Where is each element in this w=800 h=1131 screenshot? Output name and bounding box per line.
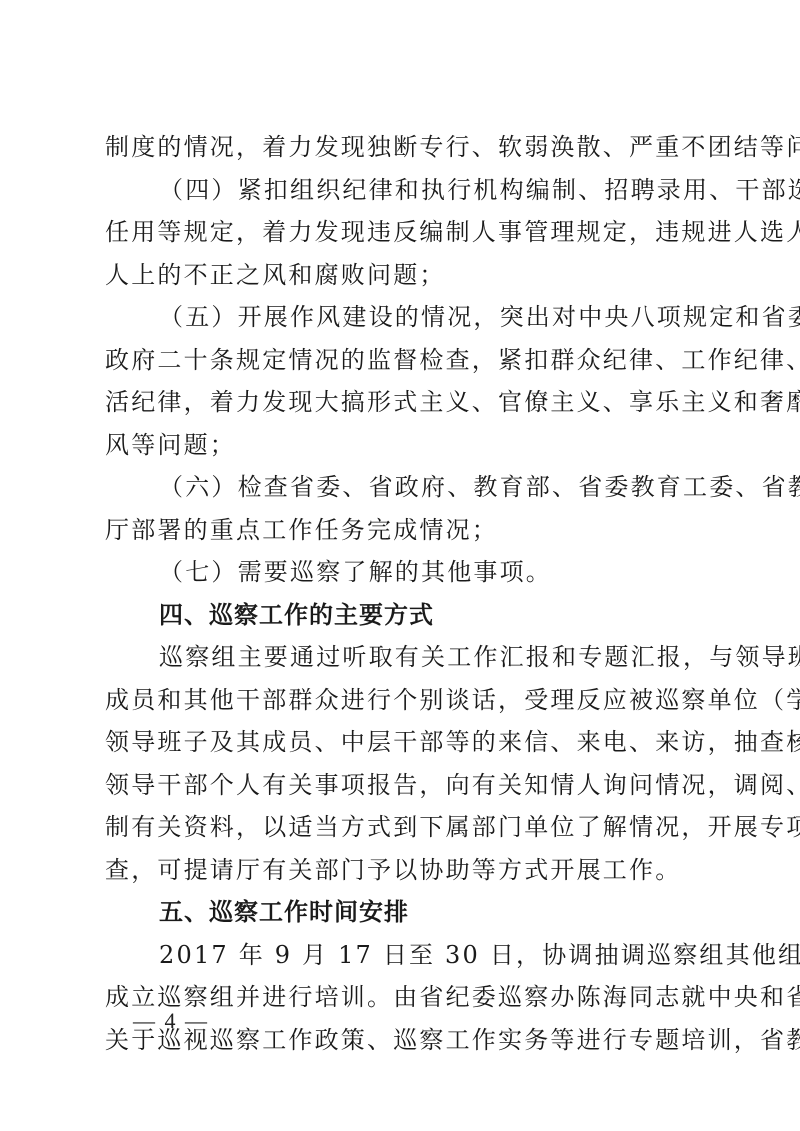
paragraph-line: （四）紧扣组织纪律和执行机构编制、招聘录用、干部选拔 [105,169,707,212]
section-heading: 五、巡察工作时间安排 [105,891,707,934]
paragraph-line: 活纪律，着力发现大搞形式主义、官僚主义、享乐主义和奢靡之 [105,381,707,424]
paragraph-line: 制有关资料，以适当方式到下属部门单位了解情况，开展专项检 [105,806,707,849]
document-page: 制度的情况，着力发现独断专行、软弱涣散、严重不团结等问题； （四）紧扣组织纪律和… [105,126,707,1061]
paragraph-line: 风等问题； [105,424,707,467]
paragraph-line: 政府二十条规定情况的监督检查，紧扣群众纪律、工作纪律、生 [105,339,707,382]
paragraph-line: 厅部署的重点工作任务完成情况； [105,509,707,552]
paragraph-line: 巡察组主要通过听取有关工作汇报和专题汇报，与领导班子 [105,636,707,679]
paragraph-line: 成员和其他干部群众进行个别谈话，受理反应被巡察单位（学校） [105,679,707,722]
paragraph-line: （六）检查省委、省政府、教育部、省委教育工委、省教育 [105,466,707,509]
paragraph-line: （五）开展作风建设的情况，突出对中央八项规定和省委省 [105,296,707,339]
paragraph-line: 2017 年 9 月 17 日至 30 日，协调抽调巡察组其他组成人员， [105,934,707,977]
paragraph-line: 领导班子及其成员、中层干部等的来信、来电、来访，抽查核实 [105,721,707,764]
section-heading: 四、巡察工作的主要方式 [105,594,707,637]
paragraph-line: 人上的不正之风和腐败问题； [105,254,707,297]
paragraph-line: 查，可提请厅有关部门予以协助等方式开展工作。 [105,849,707,892]
paragraph-line: 任用等规定，着力发现违反编制人事管理规定，违规进人选人用 [105,211,707,254]
paragraph-line: （七）需要巡察了解的其他事项。 [105,551,707,594]
paragraph-line: 制度的情况，着力发现独断专行、软弱涣散、严重不团结等问题； [105,126,707,169]
paragraph-line: 领导干部个人有关事项报告，向有关知情人询问情况，调阅、复 [105,764,707,807]
page-number: — 4 — [133,1008,209,1034]
